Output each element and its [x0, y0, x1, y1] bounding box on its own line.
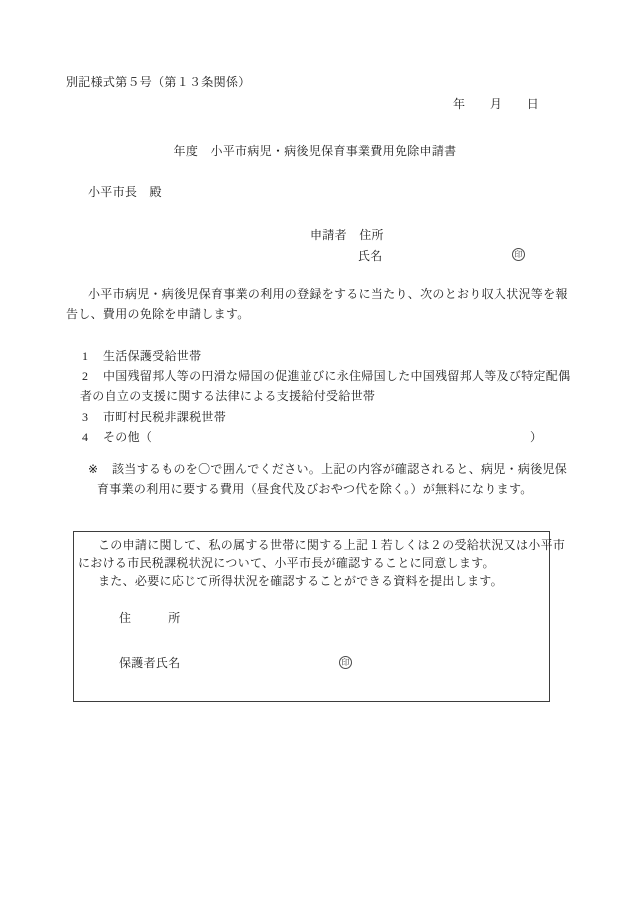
note-line-2: 育事業の利用に要する費用（昼食代及びおやつ代を除く。）が無料になります。 — [97, 481, 533, 497]
exemption-item-2-text-continued: 者の自立の支援に関する法律による支援給付受給世帯 — [80, 388, 375, 404]
note-line-1: 該当するものを〇で囲んでください。上記の内容が確認されると、病児・病後児保 — [112, 461, 567, 477]
applicant-name-label: 氏名 — [358, 248, 383, 264]
consent-line-2: における市民税課税状況について、小平市長が確認することに同意します。 — [78, 555, 495, 571]
consent-line-3: また、必要に応じて所得状況を確認することができる資料を提出します。 — [98, 573, 503, 589]
form-number: 別記様式第５号（第１３条関係） — [66, 74, 251, 90]
addressee: 小平市長 殿 — [88, 184, 162, 200]
exemption-item-1-number: 1 — [82, 348, 88, 364]
note-marker: ※ — [88, 461, 98, 477]
consent-box: この申請に関して、私の属する世帯に関する上記１若しくは２の受給状況又は小平市 に… — [73, 531, 550, 702]
exemption-item-4-close-paren: ） — [530, 429, 542, 445]
exemption-item-1-text: 生活保護受給世帯 — [103, 348, 201, 364]
consent-line-1: この申請に関して、私の属する世帯に関する上記１若しくは２の受給状況又は小平市 — [98, 537, 565, 553]
exemption-item-3-text: 市町村民税非課税世帯 — [103, 409, 226, 425]
exemption-item-4-text: その他（ — [103, 429, 152, 445]
guardian-seal-icon: 印 — [339, 656, 352, 669]
intro-line-2: 告し、費用の免除を申請します。 — [66, 306, 250, 322]
exemption-item-2-number: 2 — [82, 368, 88, 384]
applicant-address-row: 申請者 住所 — [310, 227, 384, 243]
exemption-item-4-number: 4 — [82, 429, 88, 445]
application-form-page: 別記様式第５号（第１３条関係） 年 月 日 年度 小平市病児・病後児保育事業費用… — [0, 0, 630, 903]
exemption-item-3-number: 3 — [82, 409, 88, 425]
date-blank-line: 年 月 日 — [453, 96, 539, 112]
guardian-name-label: 保護者氏名 — [119, 655, 181, 671]
consent-address-label: 住 所 — [119, 610, 181, 626]
exemption-item-2-text: 中国残留邦人等の円滑な帰国の促進並びに永住帰国した中国残留邦人等及び特定配偶 — [103, 368, 570, 384]
applicant-seal-icon: 印 — [512, 248, 525, 261]
document-title: 年度 小平市病児・病後児保育事業費用免除申請書 — [0, 143, 630, 159]
intro-line-1: 小平市病児・病後児保育事業の利用の登録をするに当たり、次のとおり収入状況等を報 — [88, 286, 568, 302]
